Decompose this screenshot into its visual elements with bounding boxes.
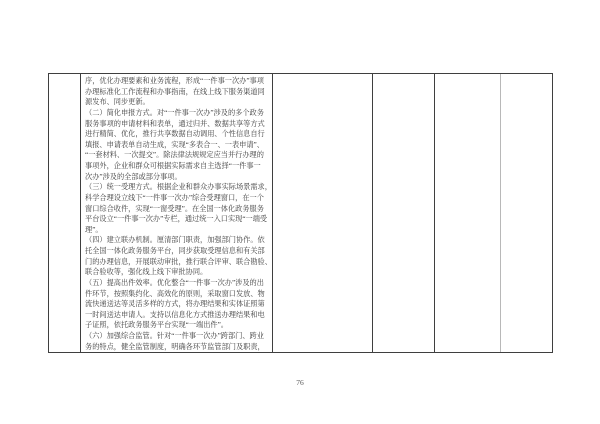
document-page: 序，优化办理要素和业务流程，形成“一件事一次办”事项办理标准化工作流程和办事指南… [0, 0, 600, 424]
text-line: 务的特点，健全监管制度，明确各环节监管部门及职责， [85, 342, 270, 352]
text-line: 流快递送达等灵活多样的方式，将办理结果和实体证照第 [85, 299, 270, 310]
text-line: 子证照，依托政务服务平台实现“一端出件”。 [85, 320, 270, 331]
text-line: 办理标准化工作流程和办事指南，在线上线下服务渠道同 [85, 87, 270, 98]
text-line: （二）简化申报方式。对“一件事一次办”涉及的多个政务 [85, 108, 270, 119]
text-line: （六）加强综合监管。针对“一件事一次办”跨部门、跨业 [85, 331, 270, 342]
text-line: 门的办理信息，开展联动审批，推行联合评审、联合勘验、 [85, 257, 270, 268]
text-line: 序，优化办理要素和业务流程，形成“一件事一次办”事项 [85, 76, 270, 87]
table-cell-empty-1 [273, 74, 373, 352]
table-cell-index [49, 74, 81, 352]
text-line: 一时间送达申请人。支持以信息化方式推送办理结果和电 [85, 310, 270, 321]
table-cell-empty-4 [501, 74, 553, 352]
text-line: （五）提高出件效率。优化整合“一件事一次办”涉及的出 [85, 278, 270, 289]
text-line: 次办”涉及的全部或部分事项。 [85, 172, 270, 183]
text-line: 平台设立“一件事一次办”专栏，通过统一入口实现“一端受 [85, 214, 270, 225]
text-line: 进行精简、优化，推行共享数据自动调用、个性信息自行 [85, 129, 270, 140]
text-line: （三）统一受理方式。根据企业和群众办事实际场景需求， [85, 182, 270, 193]
text-line: 填报、申请表单自动生成，实现“多表合一、一表申请”、 [85, 140, 270, 151]
text-line: “一套材料、一次提交”。除法律法规规定应当并行办理的 [85, 150, 270, 161]
text-line: 联合验收等，强化线上线下审批协同。 [85, 267, 270, 278]
table-cell-empty-2 [373, 74, 435, 352]
text-line: 件环节，按照集约化、高效化的原则，采取窗口发放、物 [85, 289, 270, 300]
text-line: 理”。 [85, 225, 270, 236]
table-cell-task-text: 序，优化办理要素和业务流程，形成“一件事一次办”事项办理标准化工作流程和办事指南… [81, 74, 273, 352]
text-line: 托全国一体化政务服务平台，同步获取受理信息和有关部 [85, 246, 270, 257]
text-line: 服务事项的申请材料和表单，通过归并、数据共享等方式 [85, 119, 270, 130]
text-line: 事项外，企业和群众可根据实际需求自主选择“一件事一 [85, 161, 270, 172]
text-line: 窗口综合收件，实现“一窗受理”。在全国一体化政务服务 [85, 204, 270, 215]
page-number: 76 [0, 378, 600, 388]
table-cell-empty-3 [435, 74, 501, 352]
doc-table: 序，优化办理要素和业务流程，形成“一件事一次办”事项办理标准化工作流程和办事指南… [48, 73, 553, 353]
text-line: 源发布、同步更新。 [85, 97, 270, 108]
text-line: （四）建立联办机制。厘清部门职责，加强部门协作。依 [85, 235, 270, 246]
text-line: 科学合理设立线下“一件事一次办”综合受理窗口，在一个 [85, 193, 270, 204]
